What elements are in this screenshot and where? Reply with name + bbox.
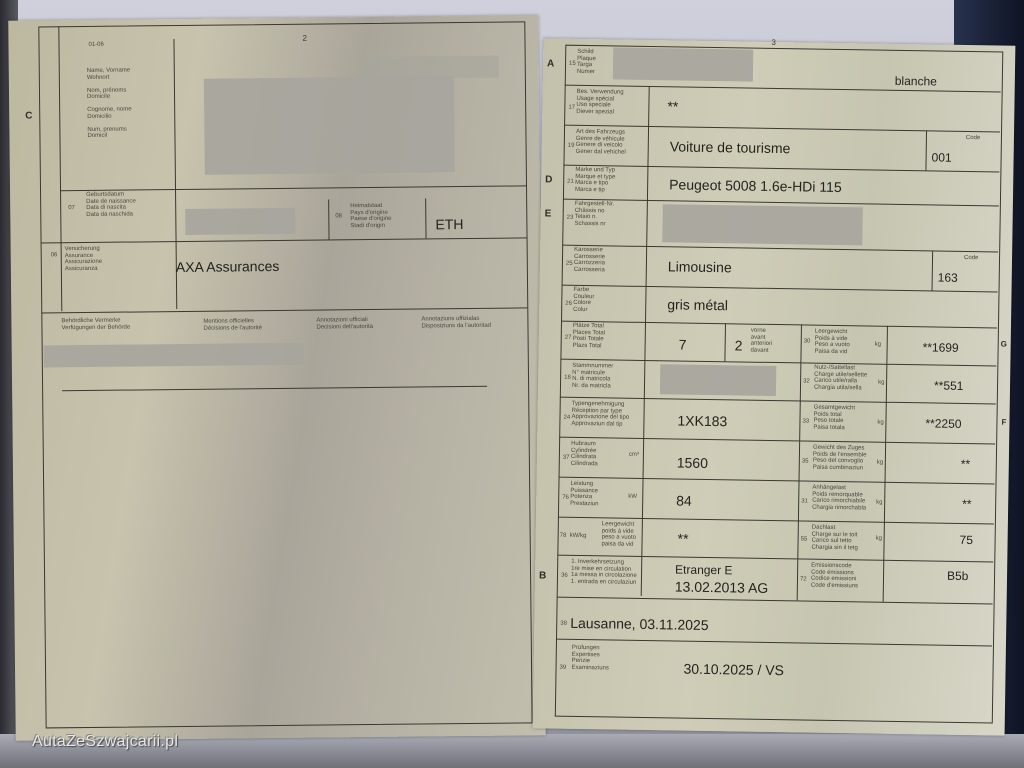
- redacted-plate: [613, 47, 753, 81]
- type-approval-value: 1XK183: [677, 412, 727, 429]
- seats-front-value: 2: [735, 337, 743, 353]
- total-weight-value: **2250: [925, 416, 961, 431]
- redacted-chassis-number: [662, 204, 863, 245]
- insurance-labels: Versicherung Assurance Assicurazione Ass…: [65, 246, 103, 272]
- roof-load-value: 75: [960, 533, 974, 547]
- field-01-06-label: 01-06: [88, 42, 103, 48]
- color-value: gris métal: [667, 296, 728, 313]
- empty-weight-value: **1699: [923, 340, 959, 355]
- redacted-top: [359, 56, 499, 79]
- official-remarks-fr: Mentions officielles Décisions de l'auto…: [203, 318, 262, 332]
- redacted-matriculation: [660, 364, 776, 396]
- first-registration-date: 13.02.2013 AG: [675, 578, 769, 595]
- emission-code-value: B5b: [947, 569, 969, 583]
- issue-place-date: Lausanne, 03.11.2025: [570, 615, 709, 633]
- section-c-marker: C: [25, 111, 32, 122]
- registration-left-page: 2 C 01-06 Name, Vorname Wohnort Nom, pré…: [8, 15, 546, 741]
- seats-total-value: 7: [679, 336, 687, 352]
- official-remarks-it: Annotazioni ufficiali Decisioni dell'aut…: [316, 317, 373, 331]
- inspection-date-value: 30.10.2025 / VS: [683, 661, 784, 679]
- registration-right-page: 3 A 15 Schild Plaque Targa Numer blanche…: [533, 38, 1016, 735]
- origin-value: ETH: [435, 216, 463, 232]
- plate-color-value: blanche: [895, 74, 937, 89]
- holder-labels: Name, Vorname Wohnort Nom, prénoms Domic…: [87, 68, 132, 140]
- displacement-value: 1560: [677, 454, 708, 470]
- origin-labels: Heimatstaat Pays d'origine Paese d'origi…: [350, 203, 391, 229]
- official-remarks-de: Behördliche Vermerke Verfügungen der Beh…: [61, 318, 130, 332]
- birthdate-labels: Geburtsdatum Date de naissance Data di n…: [86, 191, 136, 218]
- body-type-value: Limousine: [668, 258, 732, 275]
- redacted-remarks: [44, 343, 304, 368]
- insurance-value: AXA Assurances: [176, 258, 280, 275]
- payload-value: **551: [934, 379, 964, 393]
- page-number: 2: [302, 34, 307, 43]
- first-registration-place: Etranger E: [675, 562, 733, 577]
- watermark: AutaZeSzwajcarii.pl: [32, 733, 178, 751]
- redacted-birthdate: [185, 208, 295, 235]
- make-model-value: Peugeot 5008 1.6e-HDi 115: [669, 176, 842, 195]
- power-value: 84: [676, 492, 692, 508]
- vehicle-type-value: Voiture de tourisme: [670, 138, 791, 156]
- redacted-holder-name: [204, 76, 455, 175]
- official-remarks-rm: Annotaziuns uffizialas Disposiziuns da l…: [421, 316, 491, 330]
